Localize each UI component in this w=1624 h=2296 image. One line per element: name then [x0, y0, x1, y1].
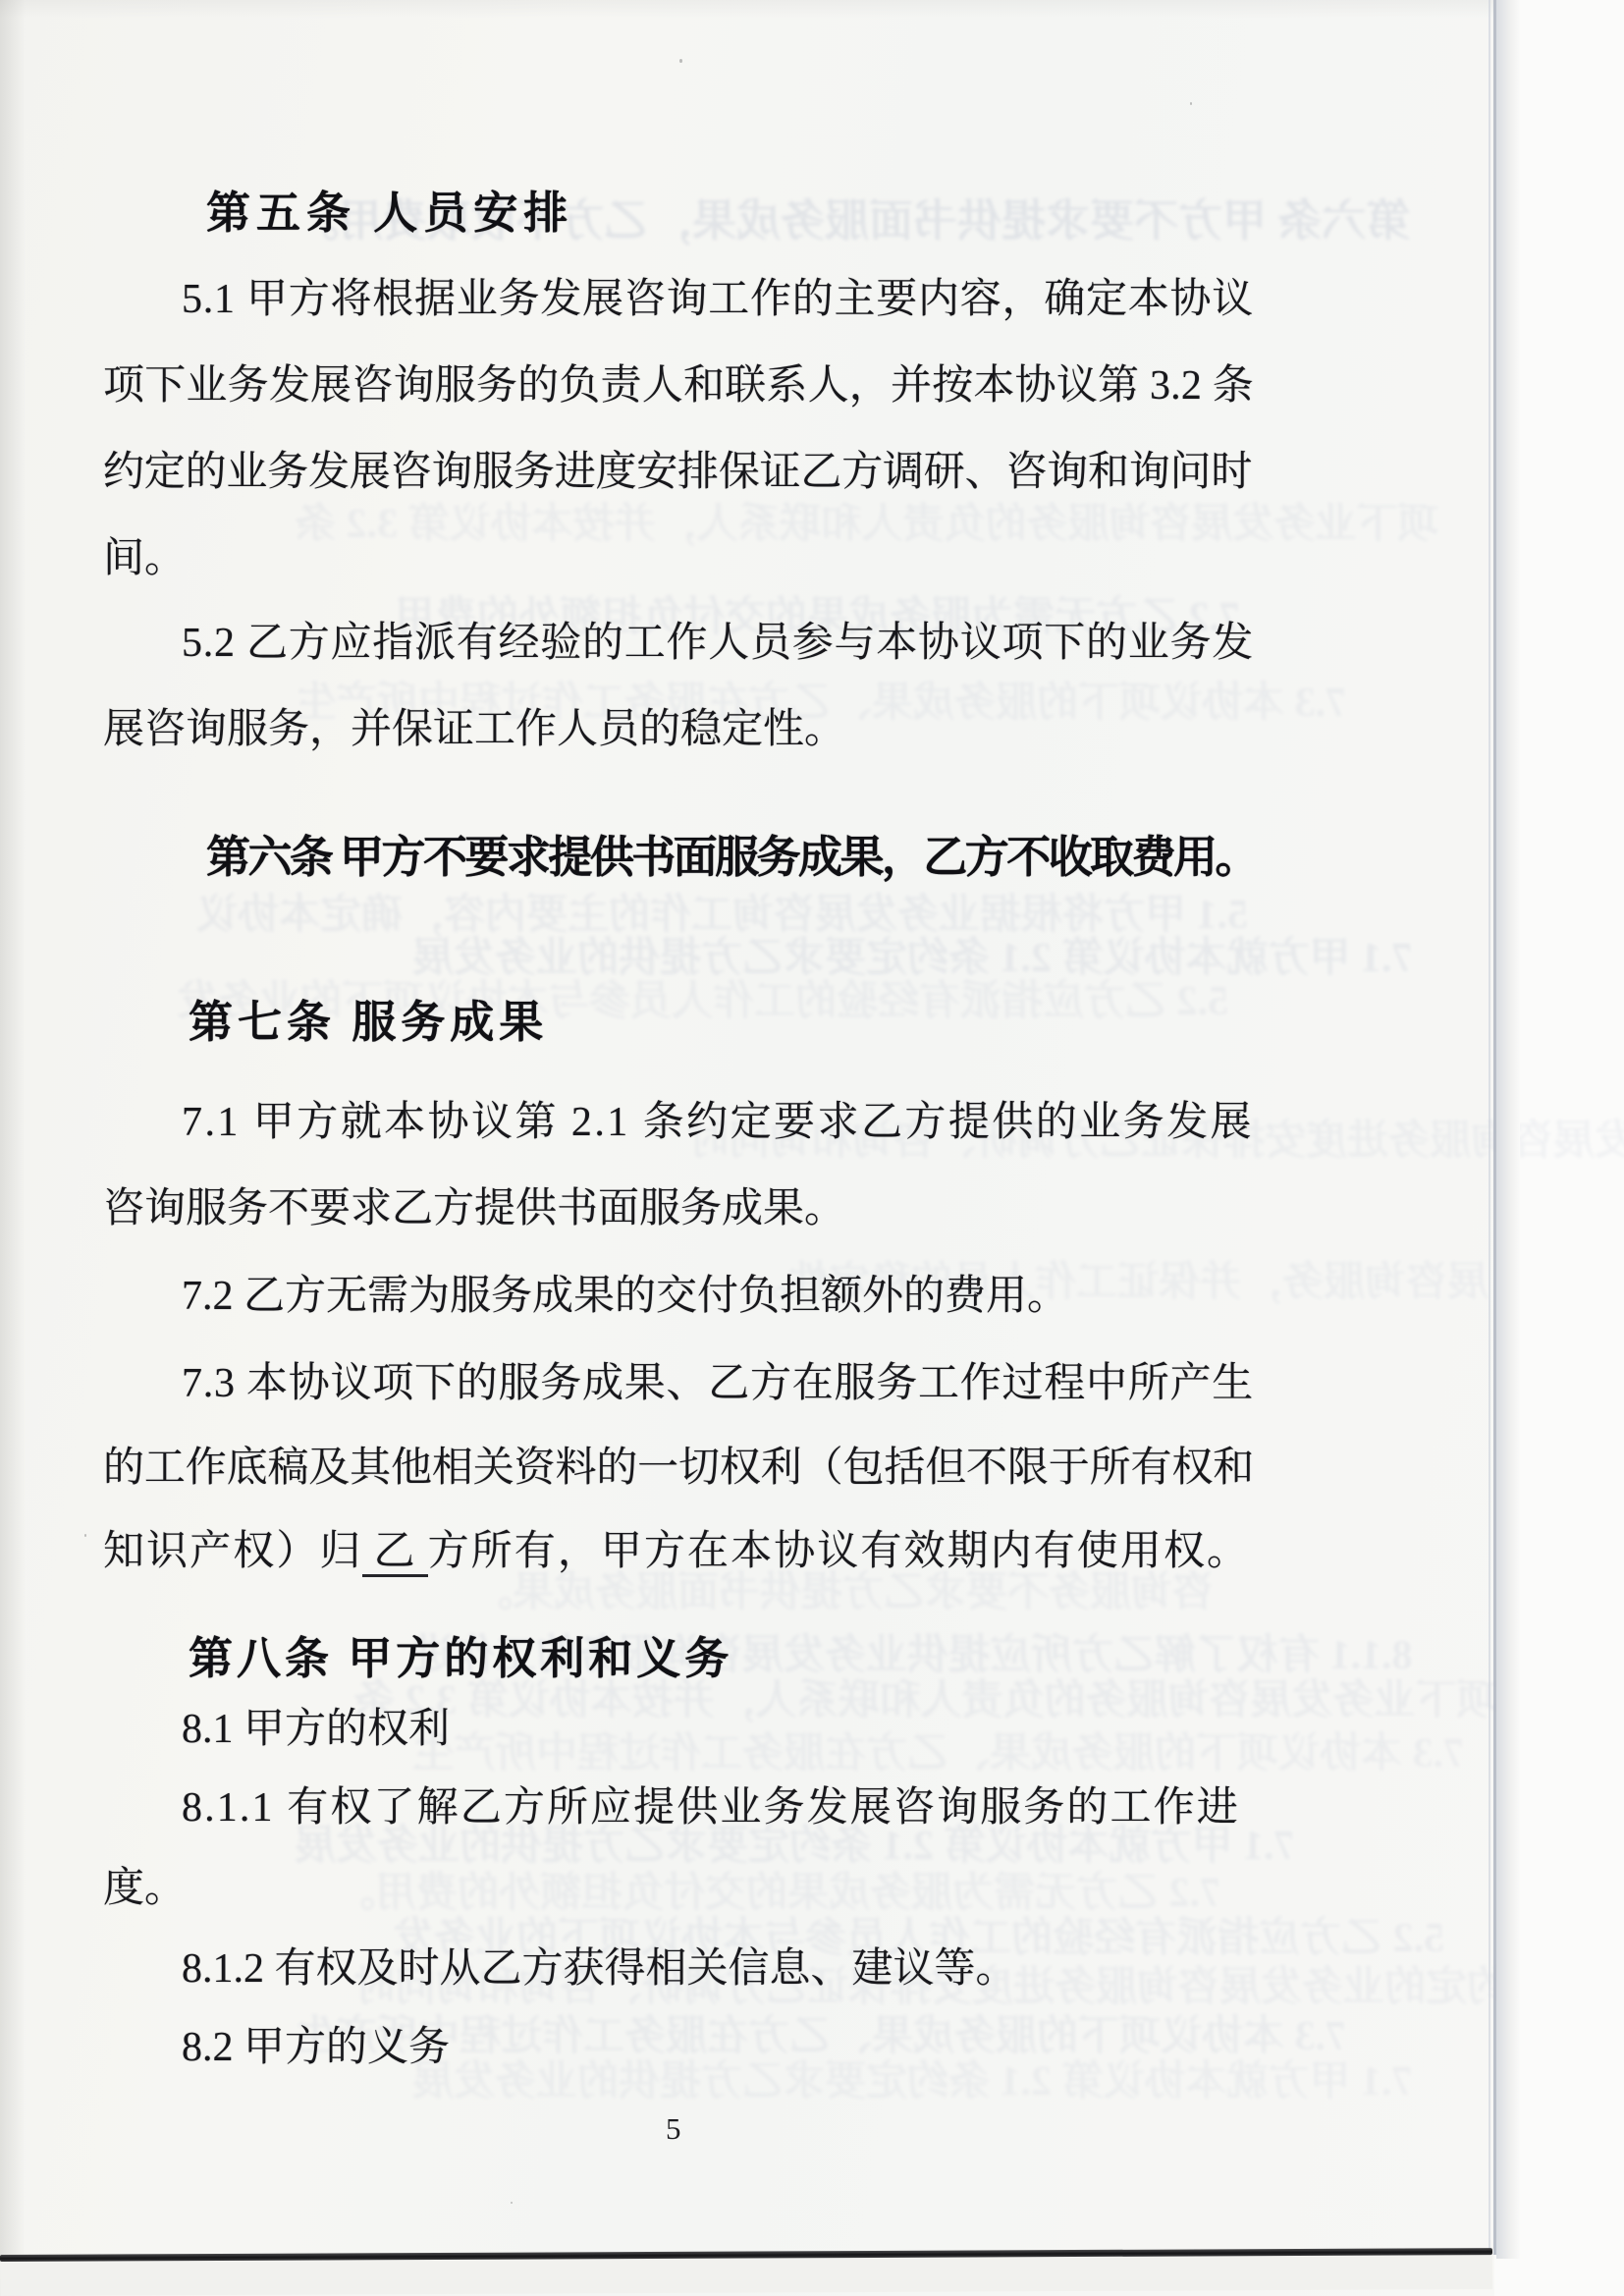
body-line: 8.2 甲方的义务	[182, 2024, 450, 2071]
body-line: 5.2 乙方应指派有经验的工作人员参与本协议项下的业务发	[182, 620, 1254, 667]
body-text: 知识产权）归	[103, 1529, 362, 1574]
bleedthrough-text: 5.1 甲方将根据业务发展咨询工作的主要内容，确定本协议	[196, 882, 1248, 941]
body-line: 间。	[103, 535, 186, 582]
scan-speck	[84, 1534, 86, 1537]
body-line: 知识产权）归乙方所有，甲方在本协议有效期内有使用权。	[103, 1528, 1250, 1575]
bleedthrough-text: 7.3 本协议项下的服务成果、乙方在服务工作过程中所产生	[295, 2003, 1346, 2062]
body-line: 8.1.1 有权了解乙方所应提供业务发展咨询服务的工作进	[182, 1784, 1240, 1831]
body-line: 约定的业务发展咨询服务进度安排保证乙方调研、咨询和询问时	[103, 449, 1252, 496]
body-text: 方所有，甲方在本协议有效期内有使用权。	[428, 1529, 1251, 1574]
body-line: 项下业务发展咨询服务的负责人和联系人，并按本协议第 3.2 条	[103, 362, 1254, 410]
section-heading: 第五条 人员安排	[206, 190, 573, 237]
bleedthrough-text: 项下业务发展咨询服务的负责人和联系人，并按本协议第 3.2 条	[295, 491, 1439, 550]
scanned-contract-page: { "document": { "page_number": "5", "lin…	[0, 0, 1624, 2296]
section-heading: 第八条 甲方的权利和义务	[189, 1635, 732, 1682]
body-line: 度。	[103, 1865, 186, 1912]
body-line: 7.3 本协议项下的服务成果、乙方在服务工作过程中所产生	[182, 1360, 1254, 1407]
bleedthrough-text: 7.1 甲方就本协议第 2.1 条约定要求乙方提供的业务发展	[412, 925, 1413, 984]
underlined-party-blank: 乙	[362, 1529, 427, 1577]
underlying-page	[0, 2255, 1492, 2296]
bleedthrough-text: 7.1 甲方就本协议第 2.1 条约定要求乙方提供的业务发展	[412, 2049, 1413, 2107]
scan-speck	[679, 59, 682, 63]
body-line: 的工作底稿及其他相关资料的一切权利（包括但不限于所有权和	[103, 1445, 1254, 1492]
page-number: 5	[666, 2111, 682, 2147]
body-line: 8.1 甲方的权利	[182, 1706, 450, 1753]
bleedthrough-text: 7.3 本协议项下的服务成果、乙方在服务工作过程中所产生	[412, 1721, 1464, 1779]
body-line: 5.1 甲方将根据业务发展咨询工作的主要内容，确定本协议	[182, 276, 1254, 323]
body-line: 8.1.2 有权及时从乙方获得相关信息、建议等。	[182, 1945, 1017, 1993]
bleedthrough-text: 7.2 乙方无需为服务成果的交付负担额外的费用。	[334, 1860, 1220, 1919]
scan-speck	[511, 2202, 513, 2204]
section-heading: 第七条 服务成果	[189, 999, 548, 1046]
body-line: 咨询服务不要求乙方提供书面服务成果。	[103, 1185, 845, 1232]
paper-right-edge-shadow	[1496, 0, 1520, 2259]
body-line: 7.2 乙方无需为服务成果的交付负担额外的费用。	[182, 1273, 1068, 1320]
paper-sheet: 第六条 甲方不要求提供书面服务成果，乙方不收取费用。项下业务发展咨询服务的负责人…	[0, 0, 1494, 2296]
body-line: 展咨询服务，并保证工作人员的稳定性。	[103, 706, 845, 753]
section-heading: 第六条 甲方不要求提供书面服务成果，乙方不收取费用。	[206, 834, 1257, 881]
body-line: 7.1 甲方就本协议第 2.1 条约定要求乙方提供的业务发展	[182, 1099, 1254, 1146]
scan-speck	[1190, 102, 1192, 105]
paper-right-edge-highlight	[1489, 0, 1490, 2255]
